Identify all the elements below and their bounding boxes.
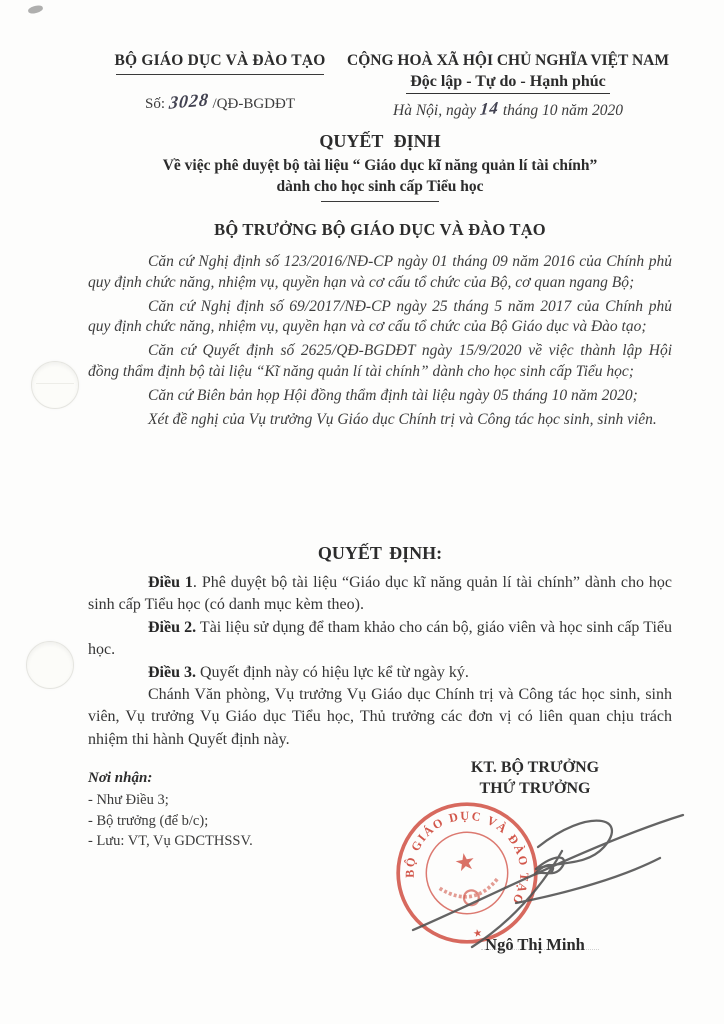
- doc-number-suffix: /QĐ-BGDĐT: [213, 96, 296, 112]
- article-label: Điều 2.: [148, 619, 196, 636]
- recipients-block: Nơi nhận: - Như Điều 3; - Bộ trưởng (để …: [88, 770, 253, 852]
- date-line: Hà Nội, ngày 14 tháng 10 năm 2020: [340, 100, 676, 120]
- scan-speck: [27, 4, 43, 14]
- decision-title: QUYẾT ĐỊNH: [80, 131, 680, 152]
- preamble-paragraph: Xét đề nghị của Vụ trưởng Vụ Giáo dục Ch…: [88, 410, 672, 431]
- title-block: QUYẾT ĐỊNH Về việc phê duyệt bộ tài liệu…: [80, 131, 680, 240]
- signature-block: KT. BỘ TRƯỞNG THỨ TRƯỞNG: [415, 757, 655, 799]
- decision-heading: QUYẾT ĐỊNH:: [80, 543, 680, 564]
- signer-name: Ngô Thị Minh: [415, 935, 655, 955]
- decision-subject-line1: Về việc phê duyệt bộ tài liệu “ Giáo dục…: [80, 155, 680, 176]
- org-name: BỘ GIÁO DỤC VÀ ĐÀO TẠO: [90, 52, 350, 70]
- recipient-item: - Lưu: VT, Vụ GDCTHSSV.: [88, 831, 253, 852]
- punch-hole-line: [36, 383, 74, 384]
- punch-hole-bottom: [26, 641, 74, 689]
- article-paragraph: Điều 1. Phê duyệt bộ tài liệu “Giáo dục …: [88, 572, 672, 617]
- preamble-paragraph: Căn cứ Nghị định số 123/2016/NĐ-CP ngày …: [88, 252, 672, 294]
- article-paragraph: Điều 2. Tài liệu sử dụng để tham khảo ch…: [88, 617, 672, 662]
- date-place: Hà Nội, ngày: [393, 102, 476, 119]
- preamble-paragraph: Căn cứ Biên bản họp Hội đồng thẩm định t…: [88, 386, 672, 407]
- preamble-paragraph: Căn cứ Nghị định số 69/2017/NĐ-CP ngày 2…: [88, 297, 672, 339]
- article-paragraph: Điều 3. Quyết định này có hiệu lực kể từ…: [88, 662, 672, 684]
- document-page: BỘ GIÁO DỤC VÀ ĐÀO TẠO Số: 3028 /QĐ-BGDĐ…: [0, 0, 724, 1024]
- decision-subject-line2: dành cho học sinh cấp Tiểu học: [80, 176, 680, 197]
- signer-delegation: KT. BỘ TRƯỞNG: [415, 757, 655, 778]
- header-national: CỘNG HOÀ XÃ HỘI CHỦ NGHĨA VIỆT NAM Độc l…: [340, 52, 676, 120]
- punch-hole-top: [31, 361, 79, 409]
- org-underline: [116, 74, 324, 75]
- recipient-item: - Bộ trưởng (để b/c);: [88, 811, 253, 832]
- national-motto: Độc lập - Tự do - Hạnh phúc: [406, 72, 610, 94]
- doc-number-handwritten: 3028: [168, 89, 210, 114]
- articles: Điều 1. Phê duyệt bộ tài liệu “Giáo dục …: [88, 572, 672, 751]
- country-name: CỘNG HOÀ XÃ HỘI CHỦ NGHĨA VIỆT NAM: [340, 52, 676, 70]
- article-label: Điều 3.: [148, 664, 196, 681]
- subject-underline: [321, 201, 439, 202]
- header-issuing-org: BỘ GIÁO DỤC VÀ ĐÀO TẠO Số: 3028 /QĐ-BGDĐ…: [90, 52, 350, 113]
- recipient-item: - Như Điều 3;: [88, 790, 253, 811]
- preamble: Căn cứ Nghị định số 123/2016/NĐ-CP ngày …: [88, 252, 672, 433]
- date-day-handwritten: 14: [479, 98, 500, 120]
- preamble-paragraph: Căn cứ Quyết định số 2625/QĐ-BGDĐT ngày …: [88, 341, 672, 383]
- recipients-heading: Nơi nhận:: [88, 770, 253, 787]
- doc-number-prefix: Số:: [145, 96, 165, 112]
- doc-number-line: Số: 3028 /QĐ-BGDĐT: [90, 92, 350, 113]
- issuer-title: BỘ TRƯỞNG BỘ GIÁO DỤC VÀ ĐÀO TẠO: [80, 220, 680, 240]
- article-label: Điều 1: [148, 574, 193, 591]
- article-text: Quyết định này có hiệu lực kể từ ngày ký…: [196, 664, 469, 681]
- date-rest: tháng 10 năm 2020: [503, 102, 623, 119]
- responsibility-paragraph: Chánh Văn phòng, Vụ trưởng Vụ Giáo dục C…: [88, 684, 672, 751]
